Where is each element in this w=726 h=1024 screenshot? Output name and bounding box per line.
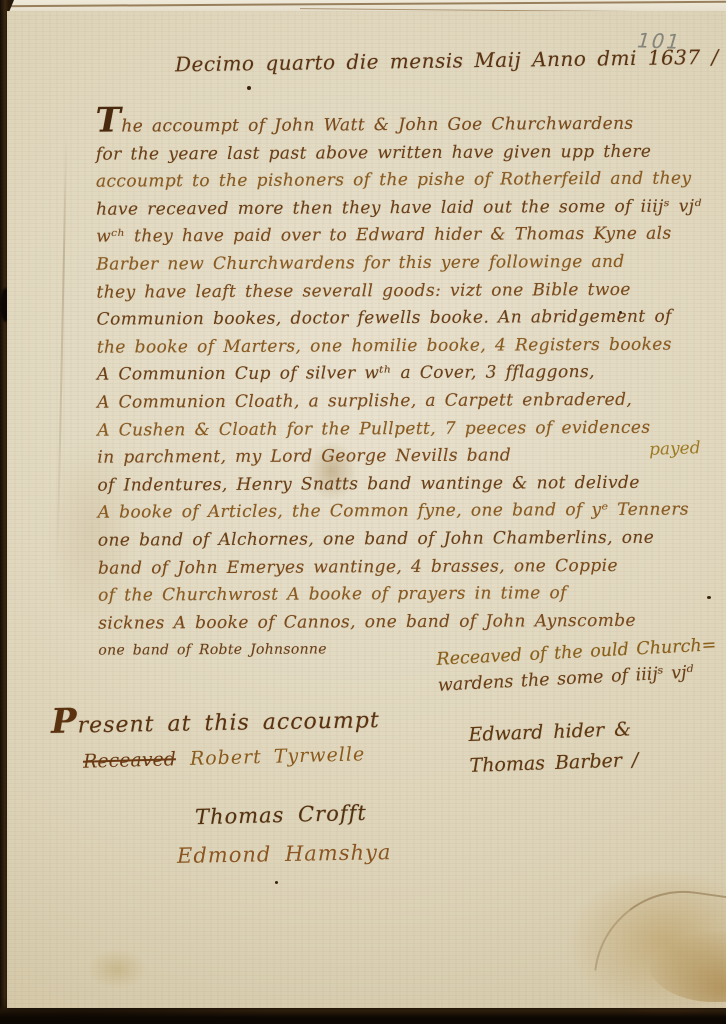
- manuscript-page: 101 Decimo quarto die mensis Maij Anno d…: [7, 11, 726, 1008]
- manuscript-line: in parchment, my Lord George Nevills ban…: [97, 441, 719, 472]
- signature-thomas-barber: Thomas Barber /: [469, 745, 639, 782]
- ink-speck: [247, 86, 251, 90]
- signature-edmond-hamshya: Edmond Hamshya: [177, 840, 392, 868]
- manuscript-line: wᶜʰ they have paid over to Edward hider …: [96, 221, 718, 252]
- manuscript-line: have receaved more then they have laid o…: [96, 193, 718, 224]
- manuscript-line: The accoumpt of John Watt & John Goe Chu…: [96, 104, 718, 141]
- manuscript-line: accoumpt to the pishoners of the pishe o…: [96, 166, 718, 197]
- signature-thomas-crofft: Thomas Crofft: [195, 801, 367, 829]
- manuscript-line: Communion bookes, doctor fewells booke. …: [97, 304, 719, 335]
- new-wardens-signatures: Edward hider & Thomas Barber /: [468, 714, 639, 782]
- page-edge-line: [0, 1, 726, 7]
- struck-word: Receaved: [83, 748, 176, 772]
- manuscript-line: of Indentures, Henry Snatts band wanting…: [97, 469, 719, 500]
- manuscript-line: of the Churchwrost A booke of prayers in…: [98, 579, 720, 610]
- manuscript-line: A Communion Cup of silver wᵗʰ a Cover, 3…: [97, 359, 719, 390]
- account-body-text: The accoumpt of John Watt & John Goe Chu…: [96, 104, 721, 665]
- witness-name: Robert Tyrwelle: [190, 743, 366, 770]
- manuscript-line: sicknes A booke of Cannos, one band of J…: [98, 607, 720, 638]
- present-attestation-title: Present at this accoumpt: [51, 696, 380, 742]
- ink-speck: [275, 881, 278, 884]
- manuscript-line: they have leaft these severall goods: vi…: [96, 276, 718, 307]
- manuscript-line: A Communion Cloath, a surplishe, a Carpe…: [97, 386, 719, 417]
- manuscript-line: Barber new Churchwardens for this yere f…: [96, 248, 718, 279]
- manuscript-line: A booke of Articles, the Common fyne, on…: [98, 497, 720, 528]
- manuscript-line: for the yeare last past above written ha…: [96, 138, 718, 169]
- manuscript-line: the booke of Marters, one homilie booke,…: [97, 331, 719, 362]
- manuscript-line: one band of Alchornes, one band of John …: [98, 524, 720, 555]
- manuscript-line: band of John Emeryes wantinge, 4 brasses…: [98, 552, 720, 583]
- manuscript-line: A Cushen & Cloath for the Pullpett, 7 pe…: [97, 414, 719, 445]
- margin-note-payed: payed: [649, 438, 701, 460]
